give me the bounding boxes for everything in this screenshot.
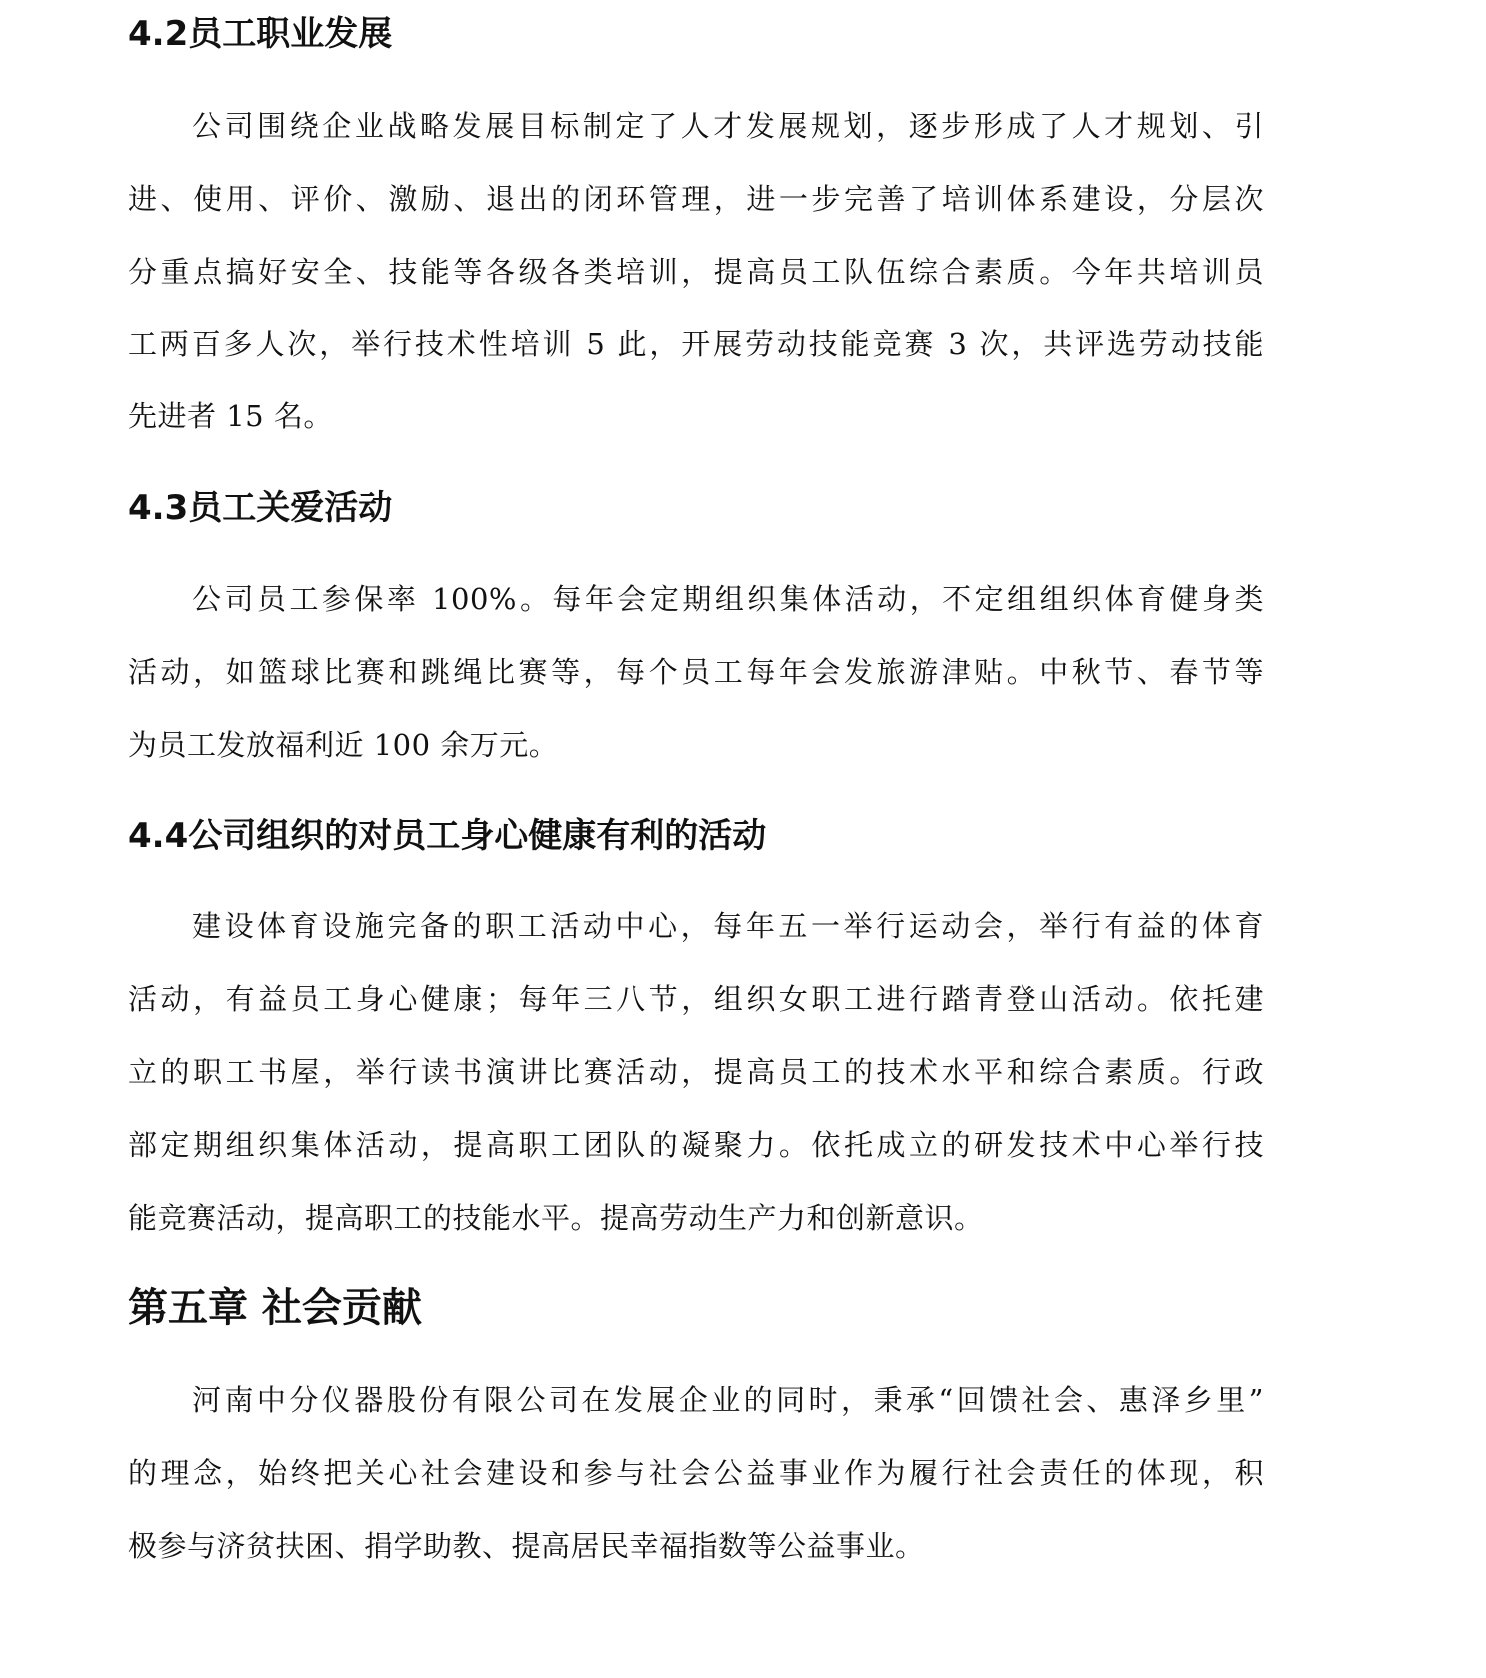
paragraph-line: 河南中分仪器股份有限公司在发展企业的同时，秉承“回馈社会、惠泽乡里”: [128, 1382, 1264, 1418]
paragraph-line: 公司员工参保率 100%。每年会定期组织集体活动，不定组组织体育健身类: [128, 581, 1264, 617]
paragraph-line: 立的职工书屋，举行读书演讲比赛活动，提高员工的技术水平和综合素质。行政: [128, 1054, 1264, 1090]
paragraph-line: 能竞赛活动，提高职工的技能水平。提高劳动生产力和创新意识。: [128, 1200, 1264, 1236]
paragraph-line: 极参与济贫扶困、捐学助教、提高居民幸福指数等公益事业。: [128, 1528, 1264, 1564]
chapter-heading-5: 第五章 社会贡献: [128, 1284, 422, 1332]
paragraph-line: 工两百多人次，举行技术性培训 5 此，开展劳动技能竞赛 3 次，共评选劳动技能: [128, 326, 1264, 362]
paragraph-line: 为员工发放福利近 100 余万元。: [128, 727, 1264, 763]
paragraph-line: 进、使用、评价、激励、退出的闭环管理，进一步完善了培训体系建设，分层次: [128, 181, 1264, 217]
section-heading-4-2: 4.2员工职业发展: [128, 14, 392, 54]
section-heading-4-4: 4.4公司组织的对员工身心健康有利的活动: [128, 816, 766, 856]
paragraph-line: 的理念，始终把关心社会建设和参与社会公益事业作为履行社会责任的体现，积: [128, 1455, 1264, 1491]
paragraph-line: 建设体育设施完备的职工活动中心，每年五一举行运动会，举行有益的体育: [128, 908, 1264, 944]
paragraph-line: 活动，如篮球比赛和跳绳比赛等，每个员工每年会发旅游津贴。中秋节、春节等: [128, 654, 1264, 690]
paragraph-line: 先进者 15 名。: [128, 398, 1264, 434]
paragraph-line: 部定期组织集体活动，提高职工团队的凝聚力。依托成立的研发技术中心举行技: [128, 1127, 1264, 1163]
paragraph-line: 公司围绕企业战略发展目标制定了人才发展规划，逐步形成了人才规划、引: [128, 108, 1264, 144]
section-heading-4-3: 4.3员工关爱活动: [128, 488, 392, 528]
paragraph-line: 活动，有益员工身心健康；每年三八节，组织女职工进行踏青登山活动。依托建: [128, 981, 1264, 1017]
paragraph-line: 分重点搞好安全、技能等各级各类培训，提高员工队伍综合素质。今年共培训员: [128, 254, 1264, 290]
